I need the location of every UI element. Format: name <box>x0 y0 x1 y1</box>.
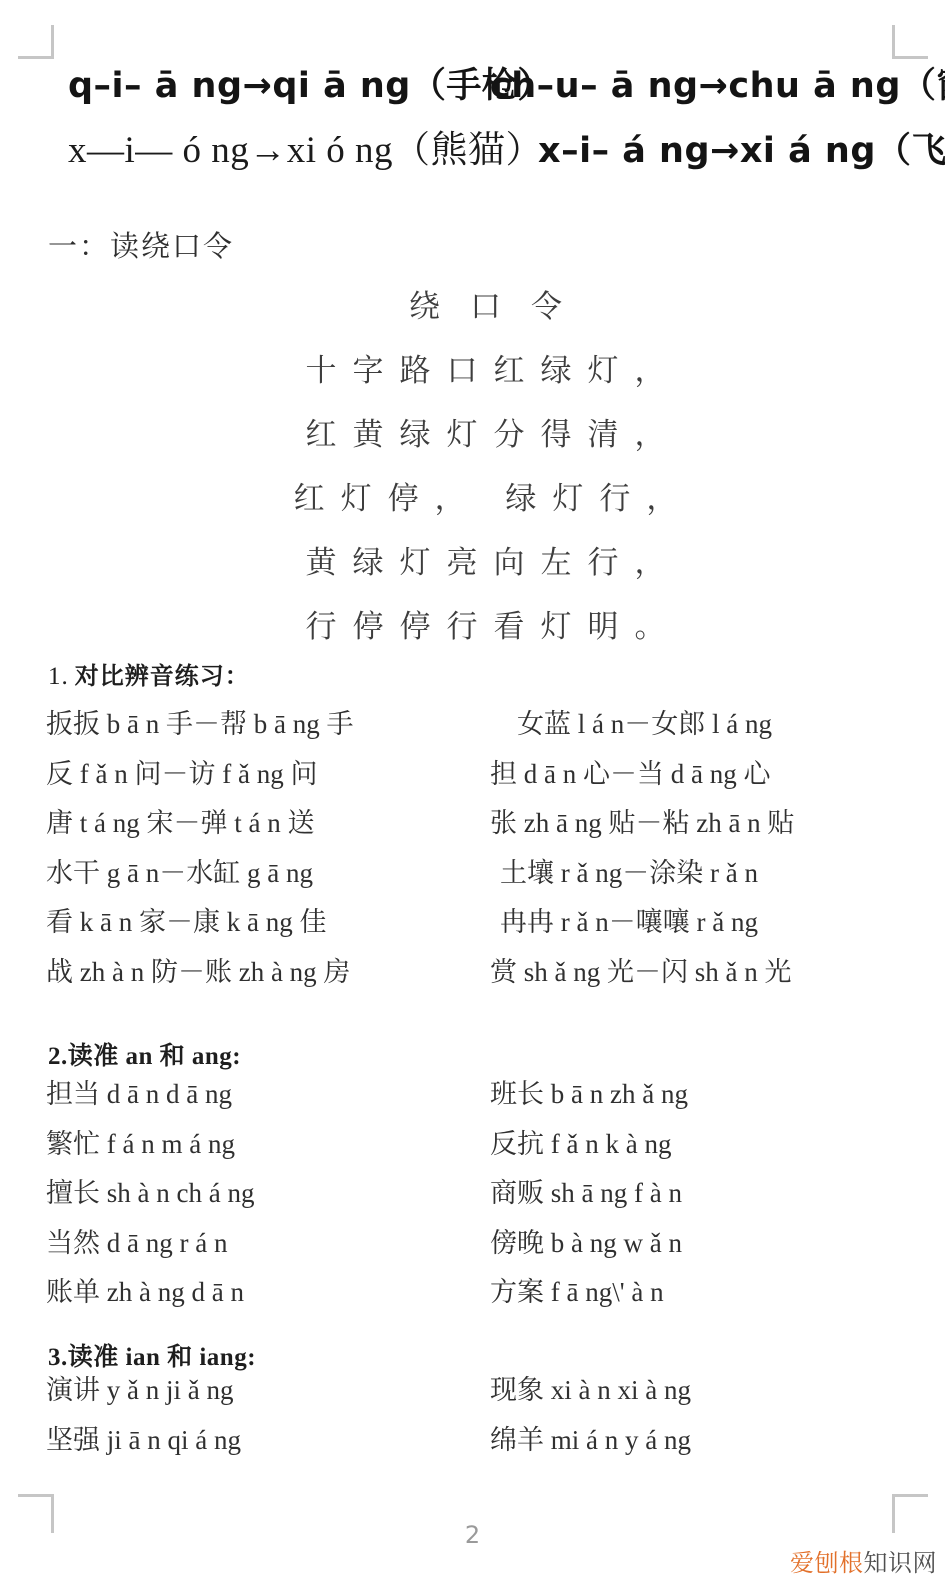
word-pair-right: 傍晚 b à ng w ǎ n <box>490 1219 682 1269</box>
word-pair-right: 现象 xi à n xi à ng <box>490 1366 691 1416</box>
word-pair-row: 演讲 y ǎ n ji ǎ ng 现象 xi à n xi à ng <box>0 1366 945 1416</box>
tongue-twister-poem: 绕口令 十字路口红绿灯， 红黄绿灯分得清， 红灯停， 绿灯行， 黄绿灯亮向左行，… <box>26 275 945 659</box>
word-pair-left: 水干 g ā n－水缸 g ā ng <box>46 849 313 899</box>
exercise1-heading: 1. 对比辨音练习： <box>48 656 250 691</box>
word-pair-row: 反 f ǎ n 问－访 f ǎ ng 问 担 d ā n 心－当 d ā ng … <box>0 750 945 800</box>
document-page: q–i– ā ng→qi ā ng（手枪） ch–u– ā ng→chu ā n… <box>0 0 945 1579</box>
exercise1-word-list: 扳扳 b ā n 手－帮 b ā ng 手 女蓝 l á n－女郎 l á ng… <box>0 700 945 997</box>
exercise1-heading-label: 对比辨音练习： <box>75 663 250 690</box>
word-pair-right: 绵羊 mi á n y á ng <box>490 1416 691 1466</box>
word-pair-right: 担 d ā n 心－当 d ā ng 心 <box>490 750 770 800</box>
exercise3-word-list: 演讲 y ǎ n ji ǎ ng 现象 xi à n xi à ng 坚强 ji… <box>0 1366 945 1465</box>
word-pair-row: 看 k ā n 家－康 k ā ng 佳 冉冉 r ǎ n－嚷嚷 r ǎ ng <box>0 898 945 948</box>
word-pair-right: 商贩 sh ā ng f à n <box>490 1169 682 1219</box>
word-pair-row: 担当 d ā n d ā ng 班长 b ā n zh ǎ ng <box>0 1070 945 1120</box>
exercise1-heading-number: 1. <box>48 663 69 690</box>
word-pair-row: 繁忙 f á n m á ng 反抗 f ǎ n k à ng <box>0 1120 945 1170</box>
word-pair-left: 繁忙 f á n m á ng <box>46 1120 235 1170</box>
word-pair-left: 担当 d ā n d ā ng <box>46 1070 232 1120</box>
word-pair-left: 当然 d ā ng r á n <box>46 1219 227 1269</box>
word-pair-left: 扳扳 b ā n 手－帮 b ā ng 手 <box>46 700 353 750</box>
exercise2-word-list: 担当 d ā n d ā ng 班长 b ā n zh ǎ ng 繁忙 f á … <box>0 1070 945 1318</box>
poem-line: 行停停行看灯明。 <box>26 595 945 659</box>
pinyin-formula-chuang: ch–u– ā ng→chu ā ng（窗户） <box>490 63 945 109</box>
word-pair-right: 张 zh ā ng 贴－粘 zh ā n 贴 <box>490 799 794 849</box>
word-pair-row: 坚强 ji ā n qi á ng 绵羊 mi á n y á ng <box>0 1416 945 1466</box>
poem-line: 红灯停， 绿灯行， <box>26 467 945 531</box>
word-pair-right: 反抗 f ǎ n k à ng <box>490 1120 671 1170</box>
word-pair-left: 坚强 ji ā n qi á ng <box>46 1416 241 1466</box>
watermark-brand-orange: 爱刨根 <box>790 1551 864 1577</box>
word-pair-right: 方案 f ā ng\' à n <box>490 1268 664 1318</box>
word-pair-right: 冉冉 r ǎ n－嚷嚷 r ǎ ng <box>500 898 758 948</box>
poem-line: 黄绿灯亮向左行， <box>26 531 945 595</box>
exercise2-heading: 2.读准 an 和 ang: <box>48 1036 241 1072</box>
word-pair-row: 擅长 sh à n ch á ng 商贩 sh ā ng f à n <box>0 1169 945 1219</box>
word-pair-left: 擅长 sh à n ch á ng <box>46 1169 254 1219</box>
margin-corner-mark-top-left <box>18 25 54 59</box>
poem-line: 红黄绿灯分得清， <box>26 403 945 467</box>
pinyin-formula-xiong: x—i— ó ng→xi ó ng（熊猫） <box>68 128 543 174</box>
word-pair-row: 扳扳 b ā n 手－帮 b ā ng 手 女蓝 l á n－女郎 l á ng <box>0 700 945 750</box>
section-title-tongue-twister: 一：读绕口令 <box>48 224 234 265</box>
word-pair-left: 反 f ǎ n 问－访 f ǎ ng 问 <box>46 750 317 800</box>
poem-title: 绕口令 <box>26 275 945 339</box>
word-pair-row: 账单 zh à ng d ā n 方案 f ā ng\' à n <box>0 1268 945 1318</box>
word-pair-left: 账单 zh à ng d ā n <box>46 1268 244 1318</box>
word-pair-right: 班长 b ā n zh ǎ ng <box>490 1070 688 1120</box>
watermark-brand-gray: 知识网 <box>864 1551 938 1577</box>
word-pair-left: 唐 t á ng 宋－弹 t á n 送 <box>46 799 314 849</box>
word-pair-right: 土壤 r ǎ ng－涂染 r ǎ n <box>500 849 758 899</box>
poem-line: 十字路口红绿灯， <box>26 339 945 403</box>
word-pair-right: 女蓝 l á n－女郎 l á ng <box>517 700 772 750</box>
pinyin-formula-qiang: q–i– ā ng→qi ā ng（手枪） <box>68 63 553 109</box>
margin-corner-mark-top-right <box>892 25 928 59</box>
word-pair-left: 看 k ā n 家－康 k ā ng 佳 <box>46 898 326 948</box>
word-pair-row: 唐 t á ng 宋－弹 t á n 送 张 zh ā ng 贴－粘 zh ā … <box>0 799 945 849</box>
word-pair-row: 战 zh à n 防－账 zh à ng 房 赏 sh ǎ ng 光－闪 sh … <box>0 948 945 998</box>
word-pair-left: 战 zh à n 防－账 zh à ng 房 <box>46 948 350 998</box>
word-pair-row: 当然 d ā ng r á n 傍晚 b à ng w ǎ n <box>0 1219 945 1269</box>
word-pair-row: 水干 g ā n－水缸 g ā ng 土壤 r ǎ ng－涂染 r ǎ n <box>0 849 945 899</box>
site-watermark: 爱刨根知识网 <box>790 1543 937 1578</box>
word-pair-right: 赏 sh ǎ ng 光－闪 sh ǎ n 光 <box>490 948 791 998</box>
pinyin-formula-xiang: x–i– á ng→xi á ng（飞翔） <box>538 128 945 174</box>
word-pair-left: 演讲 y ǎ n ji ǎ ng <box>46 1366 233 1416</box>
